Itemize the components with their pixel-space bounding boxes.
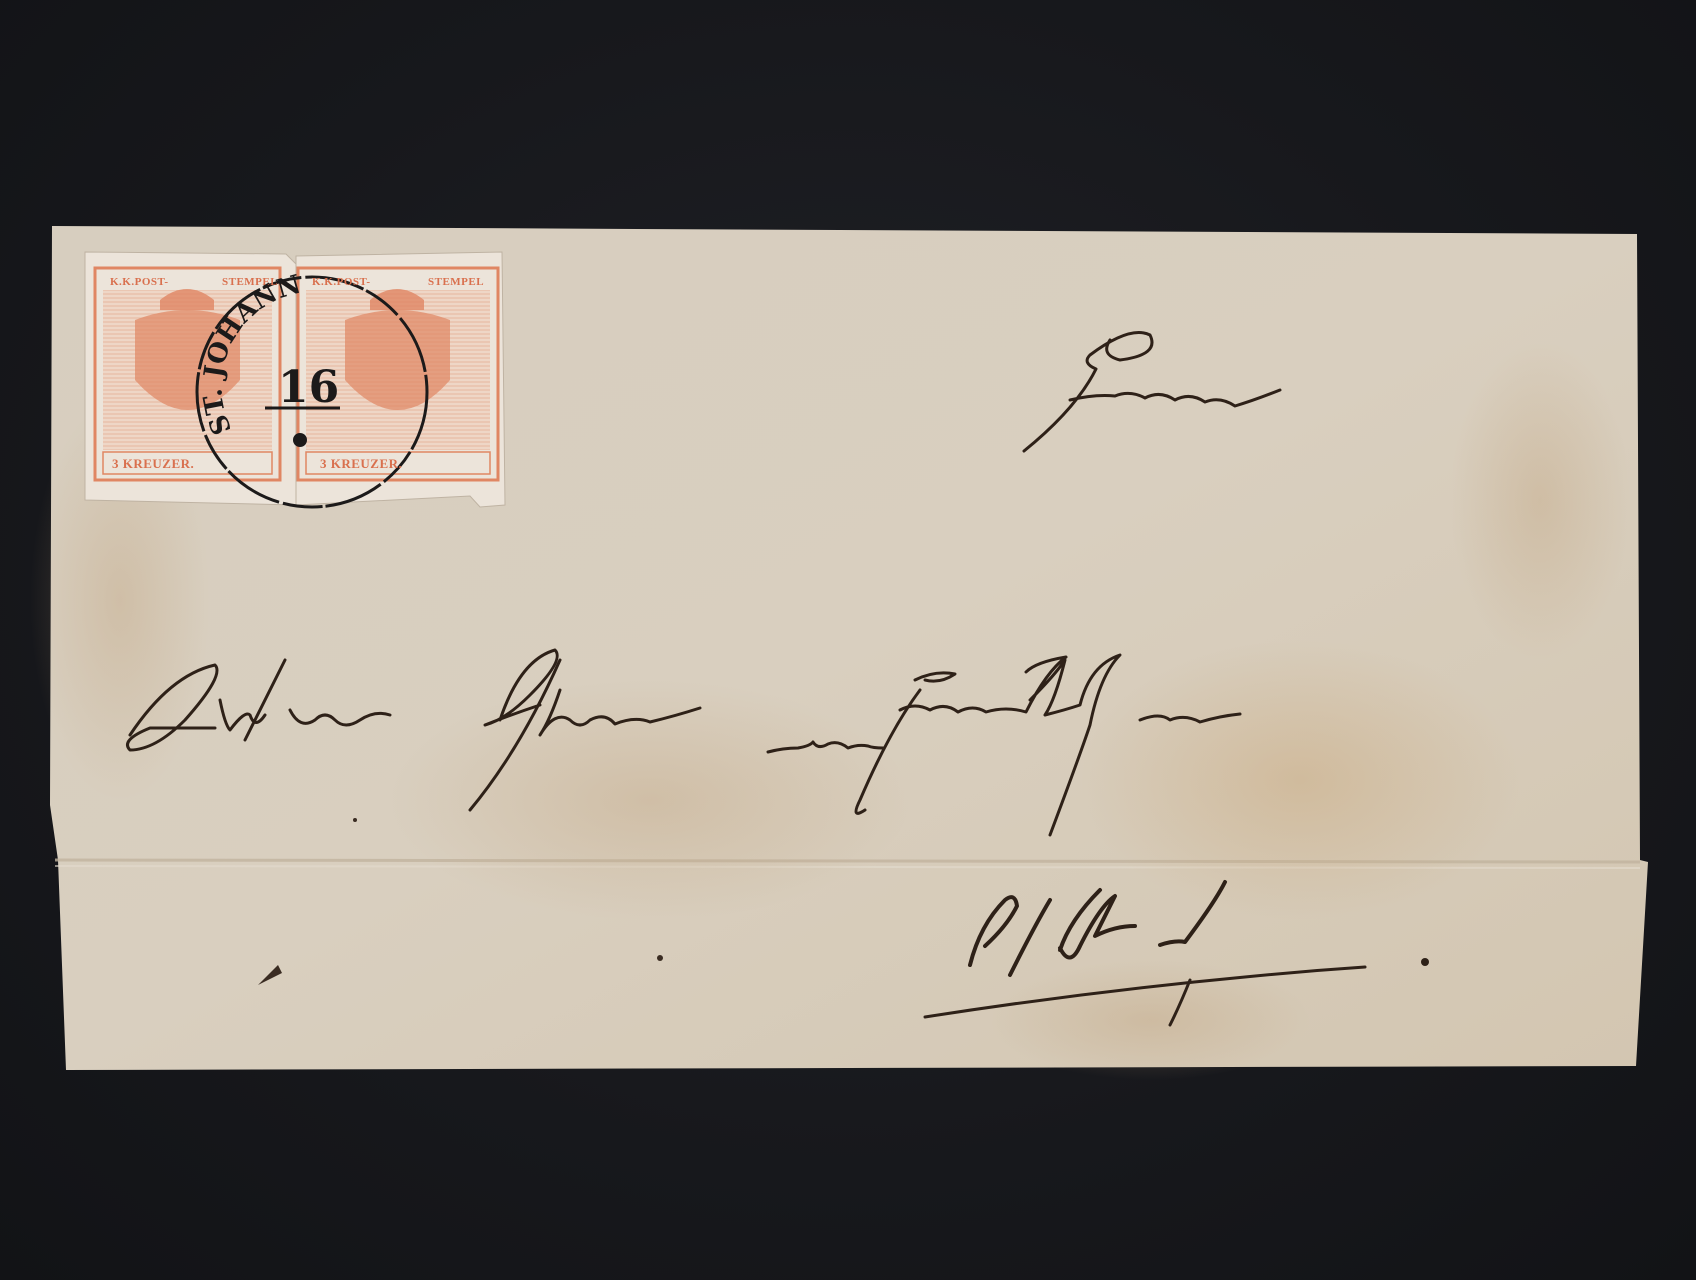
postmark-town: ST. JOHANN <box>198 270 304 439</box>
postmark-text-layer: ST. JOHANN 16 <box>0 0 1696 1280</box>
postmark-day: 16 <box>278 362 339 413</box>
